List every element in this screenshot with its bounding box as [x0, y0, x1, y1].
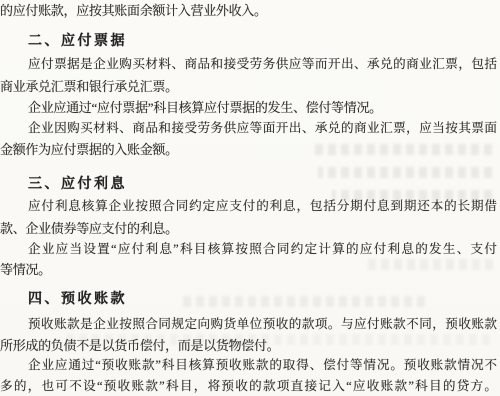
text-line: 企业因购买材料、商品和接受劳务供应等面开出、承兑的商业汇票，应当按其票面 — [0, 120, 500, 137]
text-line: 企业应当设置“应付利息”科目核算按照合同约定计算的应付利息的发生、支付 — [0, 241, 500, 258]
section-heading-bills-payable: 二、应付票据 — [28, 31, 127, 49]
text-line: 企业应通过“预收账款”科目核算预收账款的取得、偿付等情况。预收账款情况不 — [0, 357, 500, 374]
text-line: 多的，也可不设“预收账款”科目，将预收的款项直接记入“应收账款”科目的贷方。 — [0, 378, 500, 395]
text-line: 所形成的负债不是以货币偿付，而是以货物偿付。 — [0, 337, 500, 354]
scanned-document-page: 的应付账款，应按其账面余额计入营业外收入。 二、应付票据 应付票据是企业购买材料… — [0, 0, 500, 396]
text-line: 商业承兑汇票和银行承兑汇票。 — [0, 78, 500, 95]
text-line: 预收账款是企业按照合同规定向购货单位预收的款项。与应付账款不同，预收账款 — [0, 316, 500, 333]
text-line: 款、企业债券等应支付的利息。 — [0, 220, 500, 237]
text-line: 金额作为应付票据的入账金额。 — [0, 141, 500, 158]
bleed-through-smudge — [180, 296, 425, 307]
section-heading-interest-payable: 三、应付利息 — [28, 174, 127, 192]
text-line: 的应付账款，应按其账面余额计入营业外收入。 — [0, 2, 500, 19]
text-line: 应付利息核算企业按照合同约定应支付的利息，包括分期付息到期还本的长期借 — [0, 198, 500, 215]
bleed-through-smudge — [318, 167, 492, 178]
text-line: 应付票据是企业购买材料、商品和接受劳务供应等而开出、承兑的商业汇票，包括 — [0, 56, 500, 73]
text-line: 企业应通过“应付票据”科目核算应付票据的发生、偿付等情况。 — [0, 99, 500, 116]
section-heading-advances-received: 四、预收账款 — [28, 289, 127, 307]
text-line: 等情况。 — [0, 261, 500, 278]
